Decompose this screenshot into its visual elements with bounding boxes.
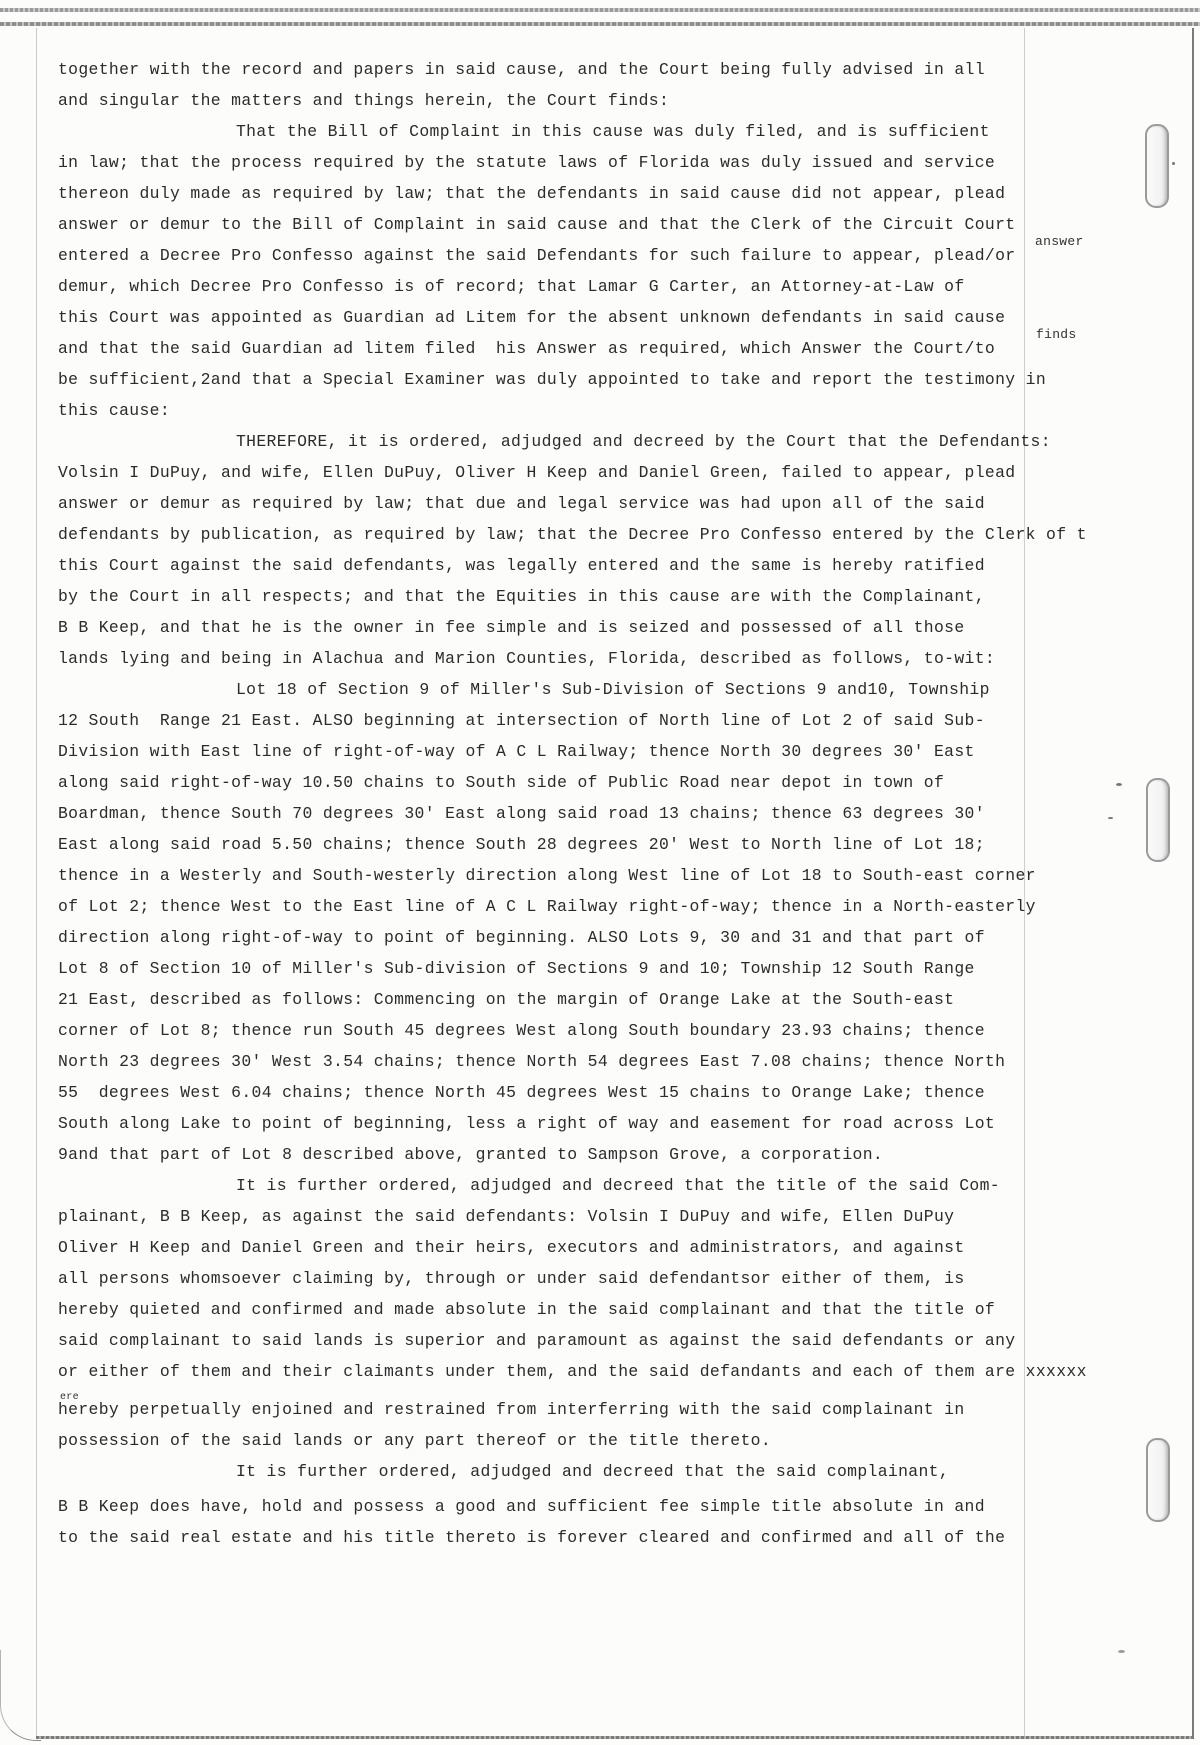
text-line: answer or demur to the Bill of Complaint… [58,215,1015,235]
text-line: It is further ordered, adjudged and decr… [58,1176,1000,1196]
text-line: THEREFORE, it is ordered, adjudged and d… [58,432,1051,452]
text-line: thereon duly made as required by law; th… [58,184,1005,204]
text-line: in law; that the process required by the… [58,153,995,173]
text-line: hereby perpetually enjoined and restrain… [58,1400,965,1420]
paper-speck [1118,1650,1125,1653]
text-line: East along said road 5.50 chains; thence… [58,835,985,855]
text-line: It is further ordered, adjudged and decr… [58,1462,949,1482]
text-line: thence in a Westerly and South-westerly … [58,866,1036,886]
text-line: South along Lake to point of beginning, … [58,1114,995,1134]
text-line: Lot 8 of Section 10 of Miller's Sub-divi… [58,959,975,979]
interlinear-correction: answer [1035,234,1084,249]
text-line: along said right-of-way 10.50 chains to … [58,773,944,793]
text-line: Volsin I DuPuy, and wife, Ellen DuPuy, O… [58,463,1015,483]
text-line: answer or demur as required by law; that… [58,494,985,514]
text-line: all persons whomsoever claiming by, thro… [58,1269,965,1289]
text-line: said complainant to said lands is superi… [58,1331,1015,1351]
text-line: defendants by publication, as required b… [58,525,1087,545]
top-border-rule [0,8,1200,12]
text-line: Boardman, thence South 70 degrees 30' Ea… [58,804,985,824]
text-line: direction along right-of-way to point of… [58,928,985,948]
text-line: hereby quieted and confirmed and made ab… [58,1300,995,1320]
text-line: possession of the said lands or any part… [58,1431,771,1451]
page-right-edge [1192,28,1194,1738]
text-line: and that the said Guardian ad litem file… [58,339,995,359]
text-line: That the Bill of Complaint in this cause… [58,122,990,142]
text-line: North 23 degrees 30' West 3.54 chains; t… [58,1052,1005,1072]
text-line: Division with East line of right-of-way … [58,742,975,762]
text-line: plainant, B B Keep, as against the said … [58,1207,954,1227]
text-line: to the said real estate and his title th… [58,1528,1005,1548]
text-line: 9and that part of Lot 8 described above,… [58,1145,883,1165]
text-line: Lot 18 of Section 9 of Miller's Sub-Divi… [58,680,990,700]
paper-speck [1172,162,1175,165]
text-line: B B Keep does have, hold and possess a g… [58,1497,985,1517]
text-line: be sufficient,2and that a Special Examin… [58,370,1046,390]
top-border-rule-inner [0,22,1200,26]
text-line: 55 degrees West 6.04 chains; thence Nort… [58,1083,985,1103]
text-line: this cause: [58,401,170,421]
bottom-border-rule [36,1736,1194,1739]
text-line: B B Keep, and that he is the owner in fe… [58,618,965,638]
text-line: lands lying and being in Alachua and Mar… [58,649,995,669]
text-line: of Lot 2; thence West to the East line o… [58,897,1036,917]
paper-speck [1108,817,1113,819]
text-line: and singular the matters and things here… [58,91,669,111]
binder-hole-icon [1145,124,1169,208]
text-line: entered a Decree Pro Confesso against th… [58,246,1015,266]
text-line: together with the record and papers in s… [58,60,985,80]
text-line: demur, which Decree Pro Confesso is of r… [58,277,965,297]
text-line: corner of Lot 8; thence run South 45 deg… [58,1021,985,1041]
binder-hole-icon [1146,778,1170,862]
binder-hole-icon [1146,1438,1170,1522]
text-line: 12 South Range 21 East. ALSO beginning a… [58,711,985,731]
left-margin-line [36,28,37,1738]
text-line: 21 East, described as follows: Commencin… [58,990,954,1010]
text-line: by the Court in all respects; and that t… [58,587,985,607]
document-page: together with the record and papers in s… [0,0,1200,1745]
text-line: Oliver H Keep and Daniel Green and their… [58,1238,965,1258]
page-corner-curl [0,1650,41,1741]
text-line: or either of them and their claimants un… [58,1362,1087,1382]
text-line: this Court against the said defendants, … [58,556,985,576]
interlinear-correction: finds [1036,327,1077,342]
text-line: this Court was appointed as Guardian ad … [58,308,1005,328]
paper-speck [1116,783,1122,786]
